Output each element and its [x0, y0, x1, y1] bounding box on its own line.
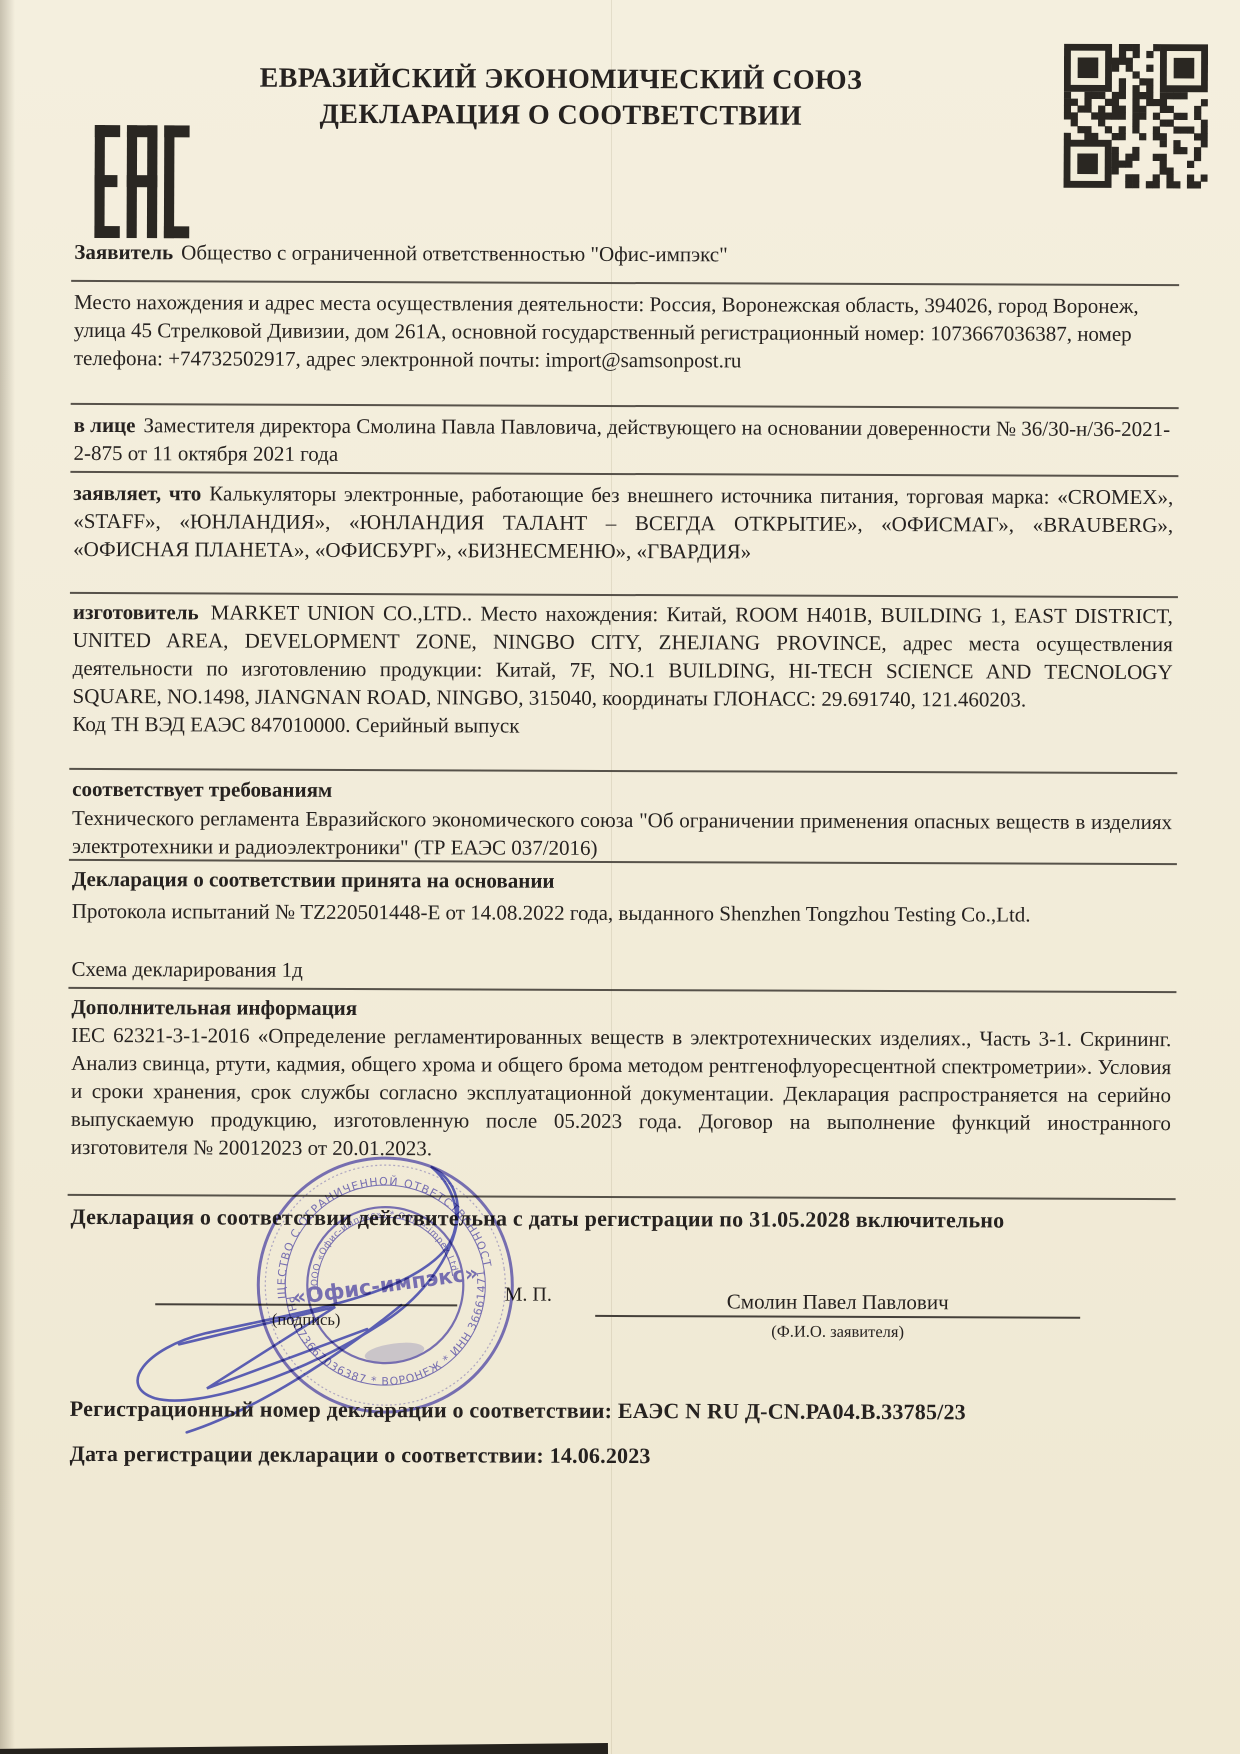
declaration-subject-value: Калькуляторы электронные, работающие без… [73, 481, 1173, 563]
applicant-row: ЗаявительОбщество с ограниченной ответст… [74, 238, 1174, 270]
basis-scheme: Схема декларирования 1д [71, 955, 1171, 987]
representative-label: в лице [74, 413, 136, 437]
declaration-subject-row: заявляет, чтоКалькуляторы электронные, р… [73, 479, 1173, 567]
applicant-label: Заявитель [74, 240, 173, 264]
divider [71, 403, 1179, 409]
manufacturer-label: изготовитель [73, 600, 199, 624]
representative-row: в лицеЗаместителя директора Смолина Павл… [73, 411, 1173, 471]
manufacturer-paragraph: изготовительMARKET UNION CO.,LTD.. Место… [73, 598, 1173, 714]
declaration-document: ЕВРАЗИЙСКИЙ ЭКОНОМИЧЕСКИЙ СОЮЗ ДЕКЛАРАЦИ… [0, 0, 1240, 1754]
name-caption: (Ф.И.О. заявителя) [595, 1321, 1080, 1343]
divider [68, 987, 1176, 993]
registration-number-line: Регистрационный номер декларации о соотв… [70, 1395, 1175, 1427]
additional-info-heading: Дополнительная информация [71, 993, 1171, 1025]
address-row: Место нахождения и адрес места осуществл… [74, 288, 1174, 376]
applicant-value: Общество с ограниченной ответственностью… [181, 240, 728, 266]
conformity-heading: соответствует требованиям [72, 775, 1172, 807]
page-title: ЕВРАЗИЙСКИЙ ЭКОНОМИЧЕСКИЙ СОЮЗ [0, 62, 1240, 99]
tnved-line: Код ТН ВЭД ЕАЭС 847010000. Серийный выпу… [72, 710, 1172, 742]
divider [70, 471, 1178, 477]
divider [69, 768, 1177, 774]
applicant-name: Смолин Павел Павлович [595, 1289, 1080, 1316]
qr-code-icon [1063, 44, 1208, 196]
basis-protocol: Протокола испытаний № TZ220501448-E от 1… [72, 897, 1172, 929]
conformity-text: Технического регламента Евразийского эко… [72, 804, 1172, 864]
registration-date-line: Дата регистрации декларации о соответств… [70, 1440, 1175, 1472]
manufacturer-value: MARKET UNION CO.,LTD.. Место нахождения:… [73, 600, 1173, 711]
eac-mark-icon: ЕАС [94, 125, 189, 238]
manufacturer-row: изготовительMARKET UNION CO.,LTD.. Место… [72, 598, 1173, 742]
divider [70, 592, 1178, 598]
declaration-subject-label: заявляет, что [73, 481, 201, 505]
divider [71, 280, 1179, 286]
representative-value: Заместителя директора Смолина Павла Павл… [73, 413, 1170, 466]
basis-heading: Декларация о соответствии принята на осн… [72, 865, 1172, 897]
